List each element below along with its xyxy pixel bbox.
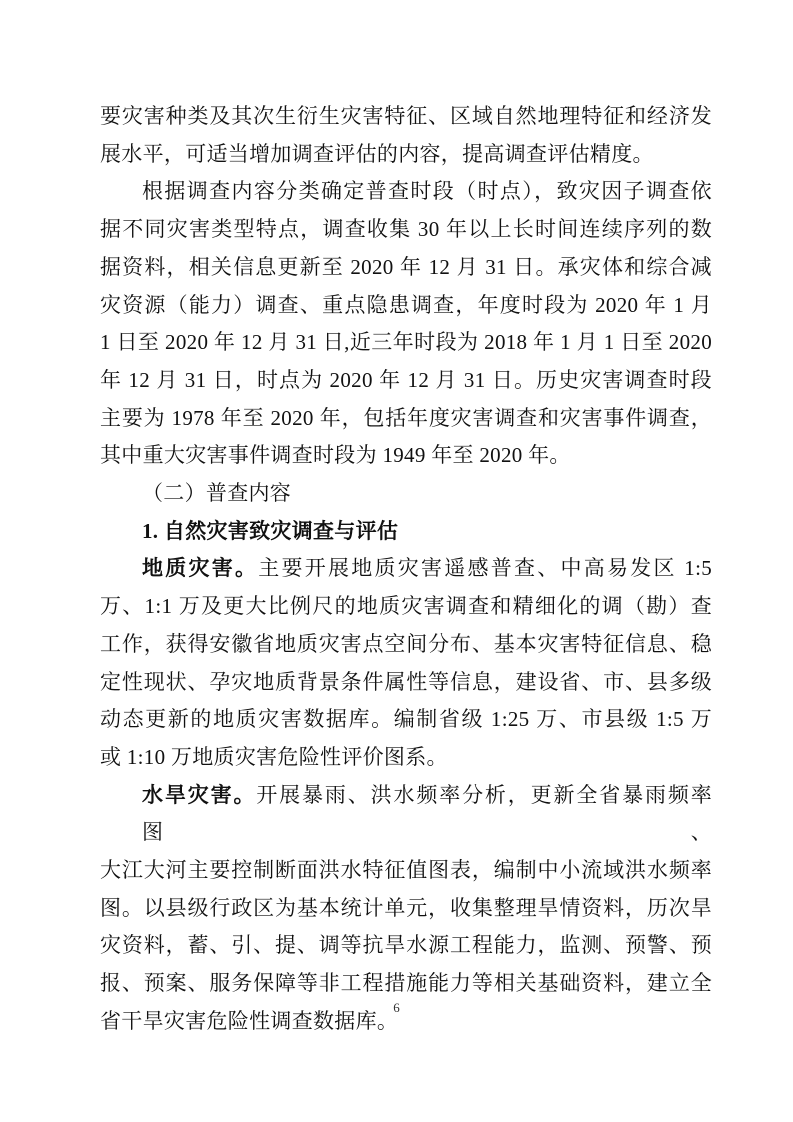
text-line: 定性现状、孕灾地质背景条件属性等信息，建设省、市、县多级: [100, 664, 712, 702]
document-page: 要灾害种类及其次生衍生灾害特征、区域自然地理特征和经济发展水平，可适当增加调查评…: [0, 0, 793, 1122]
text-segment: 主要为 1978 年至 2020 年，包括年度灾害调查和灾害事件调查，: [100, 406, 712, 430]
text-line: 1. 自然灾害致灾调查与评估: [100, 513, 712, 551]
text-line: 大江大河主要控制断面洪水特征值图表，编制中小流域洪水频率: [100, 852, 712, 890]
text-line: 据资料，相关信息更新至 2020 年 12 月 31 日。承灾体和综合减: [100, 249, 712, 287]
page-number: 6: [393, 1000, 400, 1015]
text-segment: 灾资料，蓄、引、提、调等抗旱水源工程能力，监测、预警、预: [100, 933, 712, 957]
text-line: （二）普查内容: [100, 475, 712, 513]
text-segment: 据资料，相关信息更新至 2020 年 12 月 31 日。承灾体和综合减: [100, 255, 712, 279]
text-line: 工作，获得安徽省地质灾害点空间分布、基本灾害特征信息、稳: [100, 626, 712, 664]
text-line: 地质灾害。主要开展地质灾害遥感普查、中高易发区 1:5: [100, 550, 712, 588]
text-segment: 灾资源（能力）调查、重点隐患调查，年度时段为 2020 年 1 月: [100, 293, 712, 317]
text-line: 万、1:1 万及更大比例尺的地质灾害调查和精细化的调（勘）查: [100, 588, 712, 626]
text-line: 主要为 1978 年至 2020 年，包括年度灾害调查和灾害事件调查，: [100, 400, 712, 438]
page-footer: 6: [0, 1000, 793, 1016]
text-line: 年 12 月 31 日，时点为 2020 年 12 月 31 日。历史灾害调查时…: [100, 362, 712, 400]
text-line: 或 1:10 万地质灾害危险性评价图系。: [100, 739, 712, 777]
text-line: 图。以县级行政区为基本统计单元，收集整理旱情资料，历次旱: [100, 890, 712, 928]
text-line: 1 日至 2020 年 12 月 31 日,近三年时段为 2018 年 1 月 …: [100, 324, 712, 362]
bold-text-segment: 1. 自然灾害致灾调查与评估: [142, 519, 398, 543]
text-line: 其中重大灾害事件调查时段为 1949 年至 2020 年。: [100, 437, 712, 475]
text-segment: 主要开展地质灾害遥感普查、中高易发区 1:5: [258, 556, 712, 580]
page-body: 要灾害种类及其次生衍生灾害特征、区域自然地理特征和经济发展水平，可适当增加调查评…: [100, 98, 712, 1041]
text-segment: 要灾害种类及其次生衍生灾害特征、区域自然地理特征和经济发: [100, 104, 712, 128]
text-segment: 或 1:10 万地质灾害危险性评价图系。: [100, 745, 448, 769]
text-segment: 动态更新的地质灾害数据库。编制省级 1:25 万、市县级 1:5 万: [100, 707, 712, 731]
text-line: 要灾害种类及其次生衍生灾害特征、区域自然地理特征和经济发: [100, 98, 712, 136]
text-segment: 图。以县级行政区为基本统计单元，收集整理旱情资料，历次旱: [100, 896, 712, 920]
text-segment: 1 日至 2020 年 12 月 31 日,近三年时段为 2018 年 1 月 …: [100, 330, 712, 354]
text-line: 据不同灾害类型特点，调查收集 30 年以上长时间连续序列的数: [100, 211, 712, 249]
text-segment: 万、1:1 万及更大比例尺的地质灾害调查和精细化的调（勘）查: [100, 594, 712, 618]
text-line: 灾资料，蓄、引、提、调等抗旱水源工程能力，监测、预警、预: [100, 927, 712, 965]
text-line: 报、预案、服务保障等非工程措施能力等相关基础资料，建立全: [100, 965, 712, 1003]
text-segment: 工作，获得安徽省地质灾害点空间分布、基本灾害特征信息、稳: [100, 632, 712, 656]
text-segment: 据不同灾害类型特点，调查收集 30 年以上长时间连续序列的数: [100, 217, 712, 241]
text-line: 灾资源（能力）调查、重点隐患调查，年度时段为 2020 年 1 月: [100, 287, 712, 325]
bold-text-segment: 地质灾害。: [142, 556, 258, 580]
text-line: 展水平，可适当增加调查评估的内容，提高调查评估精度。: [100, 136, 712, 174]
text-segment: 其中重大灾害事件调查时段为 1949 年至 2020 年。: [100, 443, 571, 467]
text-segment: 报、预案、服务保障等非工程措施能力等相关基础资料，建立全: [100, 971, 712, 995]
text-segment: 年 12 月 31 日，时点为 2020 年 12 月 31 日。历史灾害调查时…: [100, 368, 712, 392]
text-segment: （二）普查内容: [142, 481, 291, 505]
text-line: 动态更新的地质灾害数据库。编制省级 1:25 万、市县级 1:5 万: [100, 701, 712, 739]
text-segment: 根据调查内容分类确定普查时段（时点），致灾因子调查依: [142, 179, 712, 203]
text-segment: 定性现状、孕灾地质背景条件属性等信息，建设省、市、县多级: [100, 670, 712, 694]
text-segment: 展水平，可适当增加调查评估的内容，提高调查评估精度。: [100, 142, 654, 166]
text-line: 水旱灾害。开展暴雨、洪水频率分析，更新全省暴雨频率图、: [100, 777, 712, 852]
text-segment: 大江大河主要控制断面洪水特征值图表，编制中小流域洪水频率: [100, 858, 712, 882]
text-line: 根据调查内容分类确定普查时段（时点），致灾因子调查依: [100, 173, 712, 211]
bold-text-segment: 水旱灾害。: [142, 783, 256, 807]
